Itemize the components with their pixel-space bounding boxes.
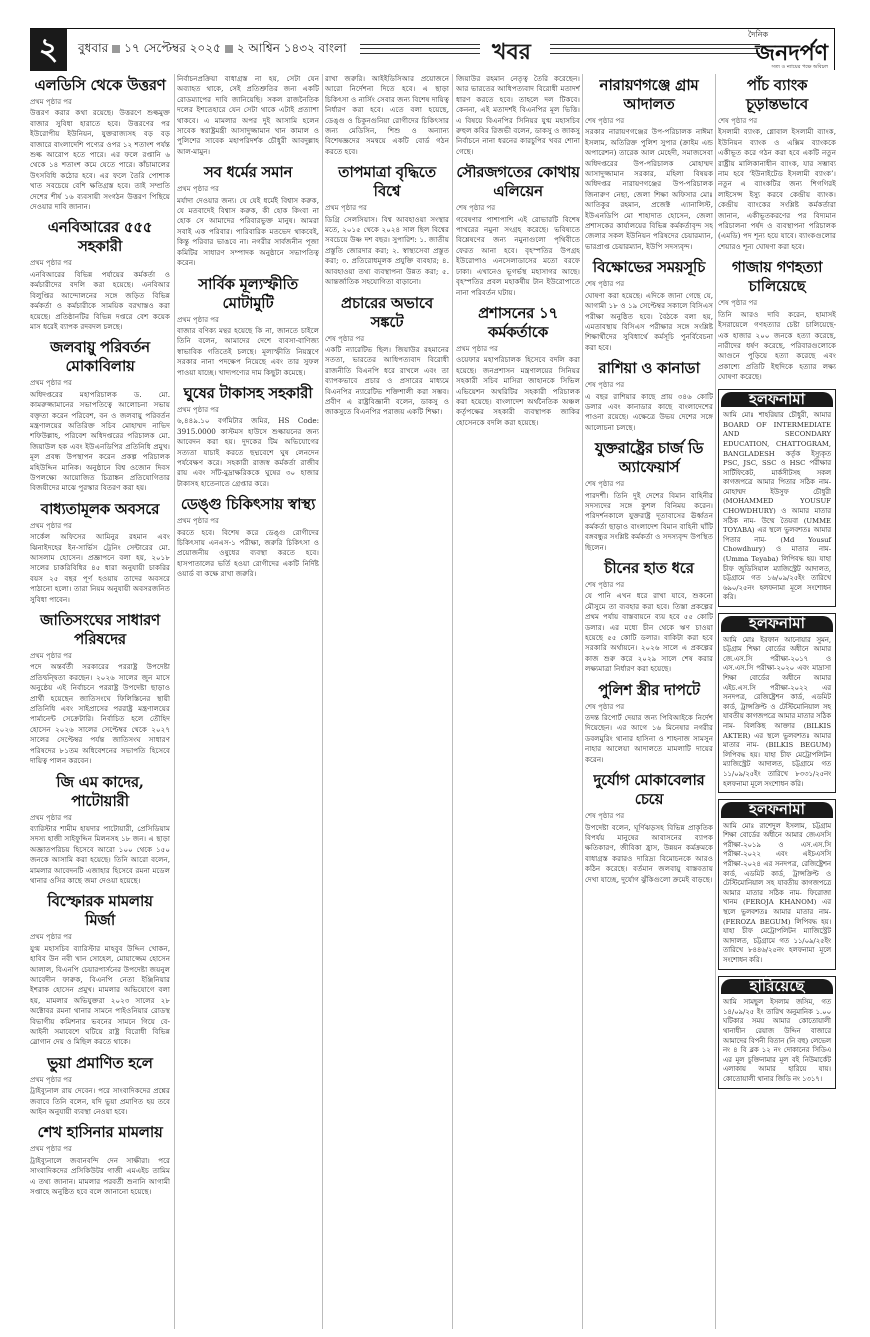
article-byline: প্রথম পৃষ্ঠার পর <box>456 344 580 354</box>
article-headline[interactable]: সৌরজগতের কোথায় এলিয়েন <box>456 163 580 201</box>
article: শেখ হাসিনার মামলায়প্রথম পৃষ্ঠার পরট্রাই… <box>30 1123 170 1197</box>
article-body: অধিদপ্তরের মহাপরিচালক ড. মো. কামরুজ্জামা… <box>30 390 170 494</box>
column-divider <box>174 74 175 1329</box>
notice-body: আমি মোঃ ইরফান আনোয়ার সুমন, চট্টগ্রাম শি… <box>723 636 831 790</box>
article: ডেঙ্গু চিকিৎসায় স্বাস্থ্যপ্রথম পৃষ্ঠার … <box>177 495 319 579</box>
article-body: জিয়াউর রহমান নেতৃত্ব তৈরি করেছেন। আর ভা… <box>456 74 580 157</box>
column-divider <box>452 74 453 1329</box>
article-body: ডিগ্রি সেলসিয়াস। বিশ্ব আবহাওয়া সংস্থার… <box>325 215 449 288</box>
article-byline: প্রথম পৃষ্ঠার পর <box>30 378 170 388</box>
article-continuation: রাখা জরুরি। আইইডিসিআর প্রয়োজনে আরো নির্… <box>325 74 449 157</box>
notice-body: আমি মোঃ শাহরিয়ার চৌধুরী, আমার BOARD OF … <box>723 411 831 603</box>
article-body: উপদেষ্টা বলেন, ঘূর্ণিঝড়সহ বিভিন্ন প্রাক… <box>585 823 713 885</box>
article-headline[interactable]: এনবিআরের ৫৫৫ সহকারী <box>30 218 170 256</box>
article: প্রচারের অভাবে সঙ্কটেশেষ পৃষ্ঠার পরএকটি … <box>325 294 449 418</box>
article-byline: শেষ পৃষ্ঠার পর <box>718 116 836 126</box>
article-byline: শেষ পৃষ্ঠার পর <box>585 580 713 590</box>
article-body: ব্যারিস্টার শামীম হায়দার পাটোয়ারী, প্র… <box>30 824 170 886</box>
article-continuation: জিয়াউর রহমান নেতৃত্ব তৈরি করেছেন। আর ভা… <box>456 74 580 157</box>
article-body: যুগ্ম মহাসচিব ব্যারিস্টার মাহবুব উদ্দিন … <box>30 944 170 1048</box>
article-headline[interactable]: ঘুষের টাকাসহ সহকারী <box>177 384 319 403</box>
article-body: সার্কেল অফিসের আমিনুর রহমান এবং ঝিনাইদহে… <box>30 532 170 605</box>
article-byline: প্রথম পৃষ্ঠার পর <box>30 651 170 661</box>
article-body: তিনি আরও দাবি করেন, হামাসই ইসরায়েলে গণহ… <box>718 310 836 383</box>
article-headline[interactable]: জলবায়ু পরিবর্তন মোকাবিলায় <box>30 338 170 376</box>
article-headline[interactable]: যুক্তরাষ্ট্রের চার্জ ডি অ্যাফেয়ার্স <box>585 439 713 477</box>
article-body: এনবিআরের বিভিন্ন পর্যায়ের কর্মকর্তা ও ক… <box>30 270 170 332</box>
article: এনবিআরের ৫৫৫ সহকারীপ্রথম পৃষ্ঠার পরএনবিআ… <box>30 218 170 332</box>
article-body: ঘোষণা করা হয়েছে। এদিকে জানা গেছে যে, আগ… <box>585 291 713 353</box>
notice-body: আমি মোঃ রাশেদুল ইসলাম, চট্টগ্রাম শিক্ষা … <box>723 822 831 966</box>
article: গাজায় গণহত্যা চালিয়েছেশেষ পৃষ্ঠার পরতি… <box>718 258 836 382</box>
article: দুর্যোগ মোকাবেলার চেয়েশেষ পৃষ্ঠার পরউপদ… <box>585 771 713 885</box>
article-headline[interactable]: সব ধর্মের সমান <box>177 163 319 182</box>
article-body: ট্রাইব্যুনাল রায় দেবেন। পরে সাংবাদিকদের… <box>30 1086 170 1117</box>
date-bangla: ২ আশ্বিন ১৪৩২ বাংলা <box>237 41 347 55</box>
separator-square-icon <box>225 45 233 53</box>
article-headline[interactable]: বিক্ষোভের সময়সূচি <box>585 258 713 277</box>
article-byline: প্রথম পৃষ্ঠার পর <box>177 315 319 325</box>
article: বিস্ফোরক মামলায় মির্জাপ্রথম পৃষ্ঠার পরয… <box>30 892 170 1047</box>
article: যুক্তরাষ্ট্রের চার্জ ডি অ্যাফেয়ার্সশেষ … <box>585 439 713 553</box>
notice-title: হারিয়েছে <box>721 979 833 995</box>
article: ভুয়া প্রমাণিত হলেপ্রথম পৃষ্ঠার পরট্রাইব… <box>30 1054 170 1118</box>
article-body: ৬,৪৪৯.১০ বর্গমিটার জমির, HS Code: 3915.0… <box>177 416 319 489</box>
article-byline: শেষ পৃষ্ঠার পর <box>325 334 449 344</box>
separator-square-icon <box>112 45 120 53</box>
notice-lost: হারিয়েছেআমি সামছুল ইসলাম জসিম, গত ১৪/০৯… <box>718 976 836 1089</box>
article-headline[interactable]: পাঁচ ব্যাংক চূড়ান্তভাবে <box>718 76 836 114</box>
article-byline: প্রথম পৃষ্ঠার পর <box>30 258 170 268</box>
article-body: পারদর্শী। তিনি দুই দেশের বিমান বাহিনীর স… <box>585 491 713 553</box>
article: বিক্ষোভের সময়সূচিশেষ পৃষ্ঠার পরঘোষণা কর… <box>585 258 713 353</box>
article: জাতিসংঘের সাধারণ পরিষদেরপ্রথম পৃষ্ঠার পর… <box>30 611 170 766</box>
article-body: ইসলামী ব্যাংক, গ্লোবাল ইসলামী ব্যাংক, ইউ… <box>718 127 836 252</box>
column-divider <box>582 74 583 1329</box>
section-title: খবর <box>492 35 531 72</box>
article-body: বাজার বণিক্য মন্থর হয়েছে কি না, জানতে চ… <box>177 326 319 378</box>
article-body: এ বছর রাশিয়ার কাছে প্রায় ৩৪৬ কোটি ডলার… <box>585 392 713 434</box>
article-body: সরকার নারায়ণগঞ্জের উপ-পরিচালক নাঈমা ইসল… <box>585 127 713 252</box>
article-body: মর্যাদা দেওয়ার জন্য। যে যেই ধর্মেই বিশ্… <box>177 196 319 269</box>
article: চীনের হাত ধরেশেষ পৃষ্ঠার পরযে পানি এখন ধ… <box>585 559 713 675</box>
article: সার্বিক মূল্যস্ফীতি মোটামুটিপ্রথম পৃষ্ঠা… <box>177 275 319 378</box>
article: তাপমাত্রা বৃদ্ধিতে বিশ্বেপ্রথম পৃষ্ঠার প… <box>325 163 449 287</box>
article-continuation: নির্বাচনপ্রক্রিয়া বাধাগ্রস্ত না হয়, সে… <box>177 74 319 157</box>
article-headline[interactable]: এলডিসি থেকে উত্তরণ <box>30 76 170 95</box>
article: জলবায়ু পরিবর্তন মোকাবিলায়প্রথম পৃষ্ঠার… <box>30 338 170 493</box>
article-body: যে পানি এখন ধরে রাখা যাবে, শুকনো মৌসুমে … <box>585 591 713 674</box>
article: সৌরজগতের কোথায় এলিয়েনশেষ পৃষ্ঠার পরগবে… <box>456 163 580 298</box>
article-headline[interactable]: সার্বিক মূল্যস্ফীতি মোটামুটি <box>177 275 319 313</box>
dateline: বুধবার১৭ সেপ্টেম্বর ২০২৫২ আশ্বিন ১৪৩২ বা… <box>78 40 346 60</box>
article-headline[interactable]: প্রচারের অভাবে সঙ্কটে <box>325 294 449 332</box>
column-divider <box>322 74 323 1329</box>
date-english: ১৭ সেপ্টেম্বর ২০২৫ <box>124 41 221 55</box>
article: পুলিশ স্ত্রীর দাপটেশেষ পৃষ্ঠার পরতদন্ত র… <box>585 681 713 765</box>
article-byline: প্রথম পৃষ্ঠার পর <box>177 516 319 526</box>
article-headline[interactable]: প্রশাসনের ১৭ কর্মকর্তাকে <box>456 304 580 342</box>
article-byline: শেষ পৃষ্ঠার পর <box>585 479 713 489</box>
article-headline[interactable]: জাতিসংঘের সাধারণ পরিষদের <box>30 611 170 649</box>
article-body: গবেষণার পাশাপাশি এই রোভারটি বিশেষ পাথরের… <box>456 215 580 298</box>
article-byline: শেষ পৃষ্ঠার পর <box>718 298 836 308</box>
notice-title: হলফনামা <box>721 392 833 408</box>
article-byline: প্রথম পৃষ্ঠার পর <box>30 1144 170 1154</box>
decorative-rule <box>550 44 760 54</box>
column-5: নারায়ণগঞ্জে গ্রাম আদালতশেষ পৃষ্ঠার পরসর… <box>585 74 713 1329</box>
logo-name: জনদর্পণ <box>748 42 828 64</box>
article-headline[interactable]: ডেঙ্গু চিকিৎসায় স্বাস্থ্য <box>177 495 319 514</box>
notice-affidavit: হলফনামাআমি মোঃ শাহরিয়ার চৌধুরী, আমার BO… <box>718 389 836 607</box>
article-byline: প্রথম পৃষ্ঠার পর <box>30 97 170 107</box>
article: প্রশাসনের ১৭ কর্মকর্তাকেপ্রথম পৃষ্ঠার পর… <box>456 304 580 428</box>
article: জি এম কাদের, পাটোয়ারীপ্রথম পৃষ্ঠার পরব্… <box>30 773 170 887</box>
article-body: পদে অন্তর্বর্তী সরকারের পররাষ্ট্র উপদেষ্… <box>30 662 170 766</box>
article-byline: প্রথম পৃষ্ঠার পর <box>30 521 170 531</box>
article-body: করতে হবে। বিশেষ করে ডেঙ্গু রোগীদের চিকিৎ… <box>177 528 319 580</box>
notice-affidavit: হলফনামাআমি মোঃ ইরফান আনোয়ার সুমন, চট্টগ… <box>718 613 836 793</box>
article-byline: শেষ পৃষ্ঠার পর <box>585 279 713 289</box>
article: এলডিসি থেকে উত্তরণপ্রথম পৃষ্ঠার পরউত্তরণ… <box>30 76 170 212</box>
column-6: পাঁচ ব্যাংক চূড়ান্তভাবেশেষ পৃষ্ঠার পরইস… <box>718 74 836 1329</box>
article-byline: প্রথম পৃষ্ঠার পর <box>30 1075 170 1085</box>
article: পাঁচ ব্যাংক চূড়ান্তভাবেশেষ পৃষ্ঠার পরইস… <box>718 76 836 252</box>
page-number: ২ <box>30 29 67 71</box>
newspaper-logo: দৈনিক জনদর্পণ সত্য ও ন্যায়ের পক্ষে অবিচ… <box>748 29 828 72</box>
article-headline[interactable]: গাজায় গণহত্যা চালিয়েছে <box>718 258 836 296</box>
article-body: ওয়েফার মহাপরিচালক হিসেবে বদলি করা হয়েছ… <box>456 355 580 428</box>
article-body: একটি ন্যারেটিভ ছিল। জিয়াউর রহমানের সততা… <box>325 345 449 418</box>
notice-title: হলফনামা <box>721 802 833 818</box>
article-byline: শেষ পৃষ্ঠার পর <box>585 811 713 821</box>
article-headline[interactable]: দুর্যোগ মোকাবেলার চেয়ে <box>585 771 713 809</box>
article: নারায়ণগঞ্জে গ্রাম আদালতশেষ পৃষ্ঠার পরসর… <box>585 76 713 252</box>
article-body: তদন্ত রিপোর্ট দেয়ার জন্য পিবিআইকে নির্দ… <box>585 713 713 765</box>
article-byline: শেষ পৃষ্ঠার পর <box>456 203 580 213</box>
article: বাধ্যতামূলক অবসরেপ্রথম পৃষ্ঠার পরসার্কেল… <box>30 500 170 605</box>
article-headline[interactable]: বাধ্যতামূলক অবসরে <box>30 500 170 519</box>
article-headline[interactable]: পুলিশ স্ত্রীর দাপটে <box>585 681 713 700</box>
article-byline: শেষ পৃষ্ঠার পর <box>585 380 713 390</box>
decorative-rule <box>360 44 480 54</box>
article-byline: প্রথম পৃষ্ঠার পর <box>177 184 319 194</box>
column-1: এলডিসি থেকে উত্তরণপ্রথম পৃষ্ঠার পরউত্তরণ… <box>30 74 170 1329</box>
article-byline: প্রথম পৃষ্ঠার পর <box>30 932 170 942</box>
article: ঘুষের টাকাসহ সহকারীপ্রথম পৃষ্ঠার পর৬,৪৪৯… <box>177 384 319 489</box>
notice-body: আমি সামছুল ইসলাম জসিম, গত ১৪/০৯/২৫ ইং তা… <box>723 998 831 1084</box>
article-headline[interactable]: ভুয়া প্রমাণিত হলে <box>30 1054 170 1073</box>
article-body: নির্বাচনপ্রক্রিয়া বাধাগ্রস্ত না হয়, সে… <box>177 74 319 157</box>
article-headline[interactable]: চীনের হাত ধরে <box>585 559 713 578</box>
article-headline[interactable]: জি এম কাদের, পাটোয়ারী <box>30 773 170 811</box>
article-body: ট্রাইব্যুনালে জবানবন্দি দেন সাক্ষীরা। পর… <box>30 1156 170 1198</box>
notice-affidavit: হলফনামাআমি মোঃ রাশেদুল ইসলাম, চট্টগ্রাম … <box>718 799 836 970</box>
article-headline[interactable]: তাপমাত্রা বৃদ্ধিতে বিশ্বে <box>325 163 449 201</box>
article-headline[interactable]: বিস্ফোরক মামলায় মির্জা <box>30 892 170 930</box>
article-body: উত্তরণ করার কথা রয়েছে। উত্তরণে শুল্কমুক… <box>30 108 170 212</box>
article-headline[interactable]: নারায়ণগঞ্জে গ্রাম আদালত <box>585 76 713 114</box>
article-headline[interactable]: শেখ হাসিনার মামলায় <box>30 1123 170 1142</box>
article-headline[interactable]: রাশিয়া ও কানাডা <box>585 359 713 378</box>
article-byline: প্রথম পৃষ্ঠার পর <box>325 203 449 213</box>
column-divider <box>715 74 716 1329</box>
column-2: নির্বাচনপ্রক্রিয়া বাধাগ্রস্ত না হয়, সে… <box>177 74 319 1329</box>
column-4: জিয়াউর রহমান নেতৃত্ব তৈরি করেছেন। আর ভা… <box>456 74 580 1329</box>
article-body: রাখা জরুরি। আইইডিসিআর প্রয়োজনে আরো নির্… <box>325 74 449 157</box>
article-byline: প্রথম পৃষ্ঠার পর <box>30 813 170 823</box>
masthead: ২ বুধবার১৭ সেপ্টেম্বর ২০২৫২ আশ্বিন ১৪৩২ … <box>30 28 835 70</box>
column-3: রাখা জরুরি। আইইডিসিআর প্রয়োজনে আরো নির্… <box>325 74 449 1329</box>
notice-title: হলফনামা <box>721 616 833 632</box>
article: রাশিয়া ও কানাডাশেষ পৃষ্ঠার পরএ বছর রাশি… <box>585 359 713 433</box>
article-byline: শেষ পৃষ্ঠার পর <box>585 116 713 126</box>
article-byline: প্রথম পৃষ্ঠার পর <box>177 405 319 415</box>
article: সব ধর্মের সমানপ্রথম পৃষ্ঠার পরমর্যাদা দে… <box>177 163 319 268</box>
article-byline: শেষ পৃষ্ঠার পর <box>585 702 713 712</box>
day: বুধবার <box>78 41 108 55</box>
